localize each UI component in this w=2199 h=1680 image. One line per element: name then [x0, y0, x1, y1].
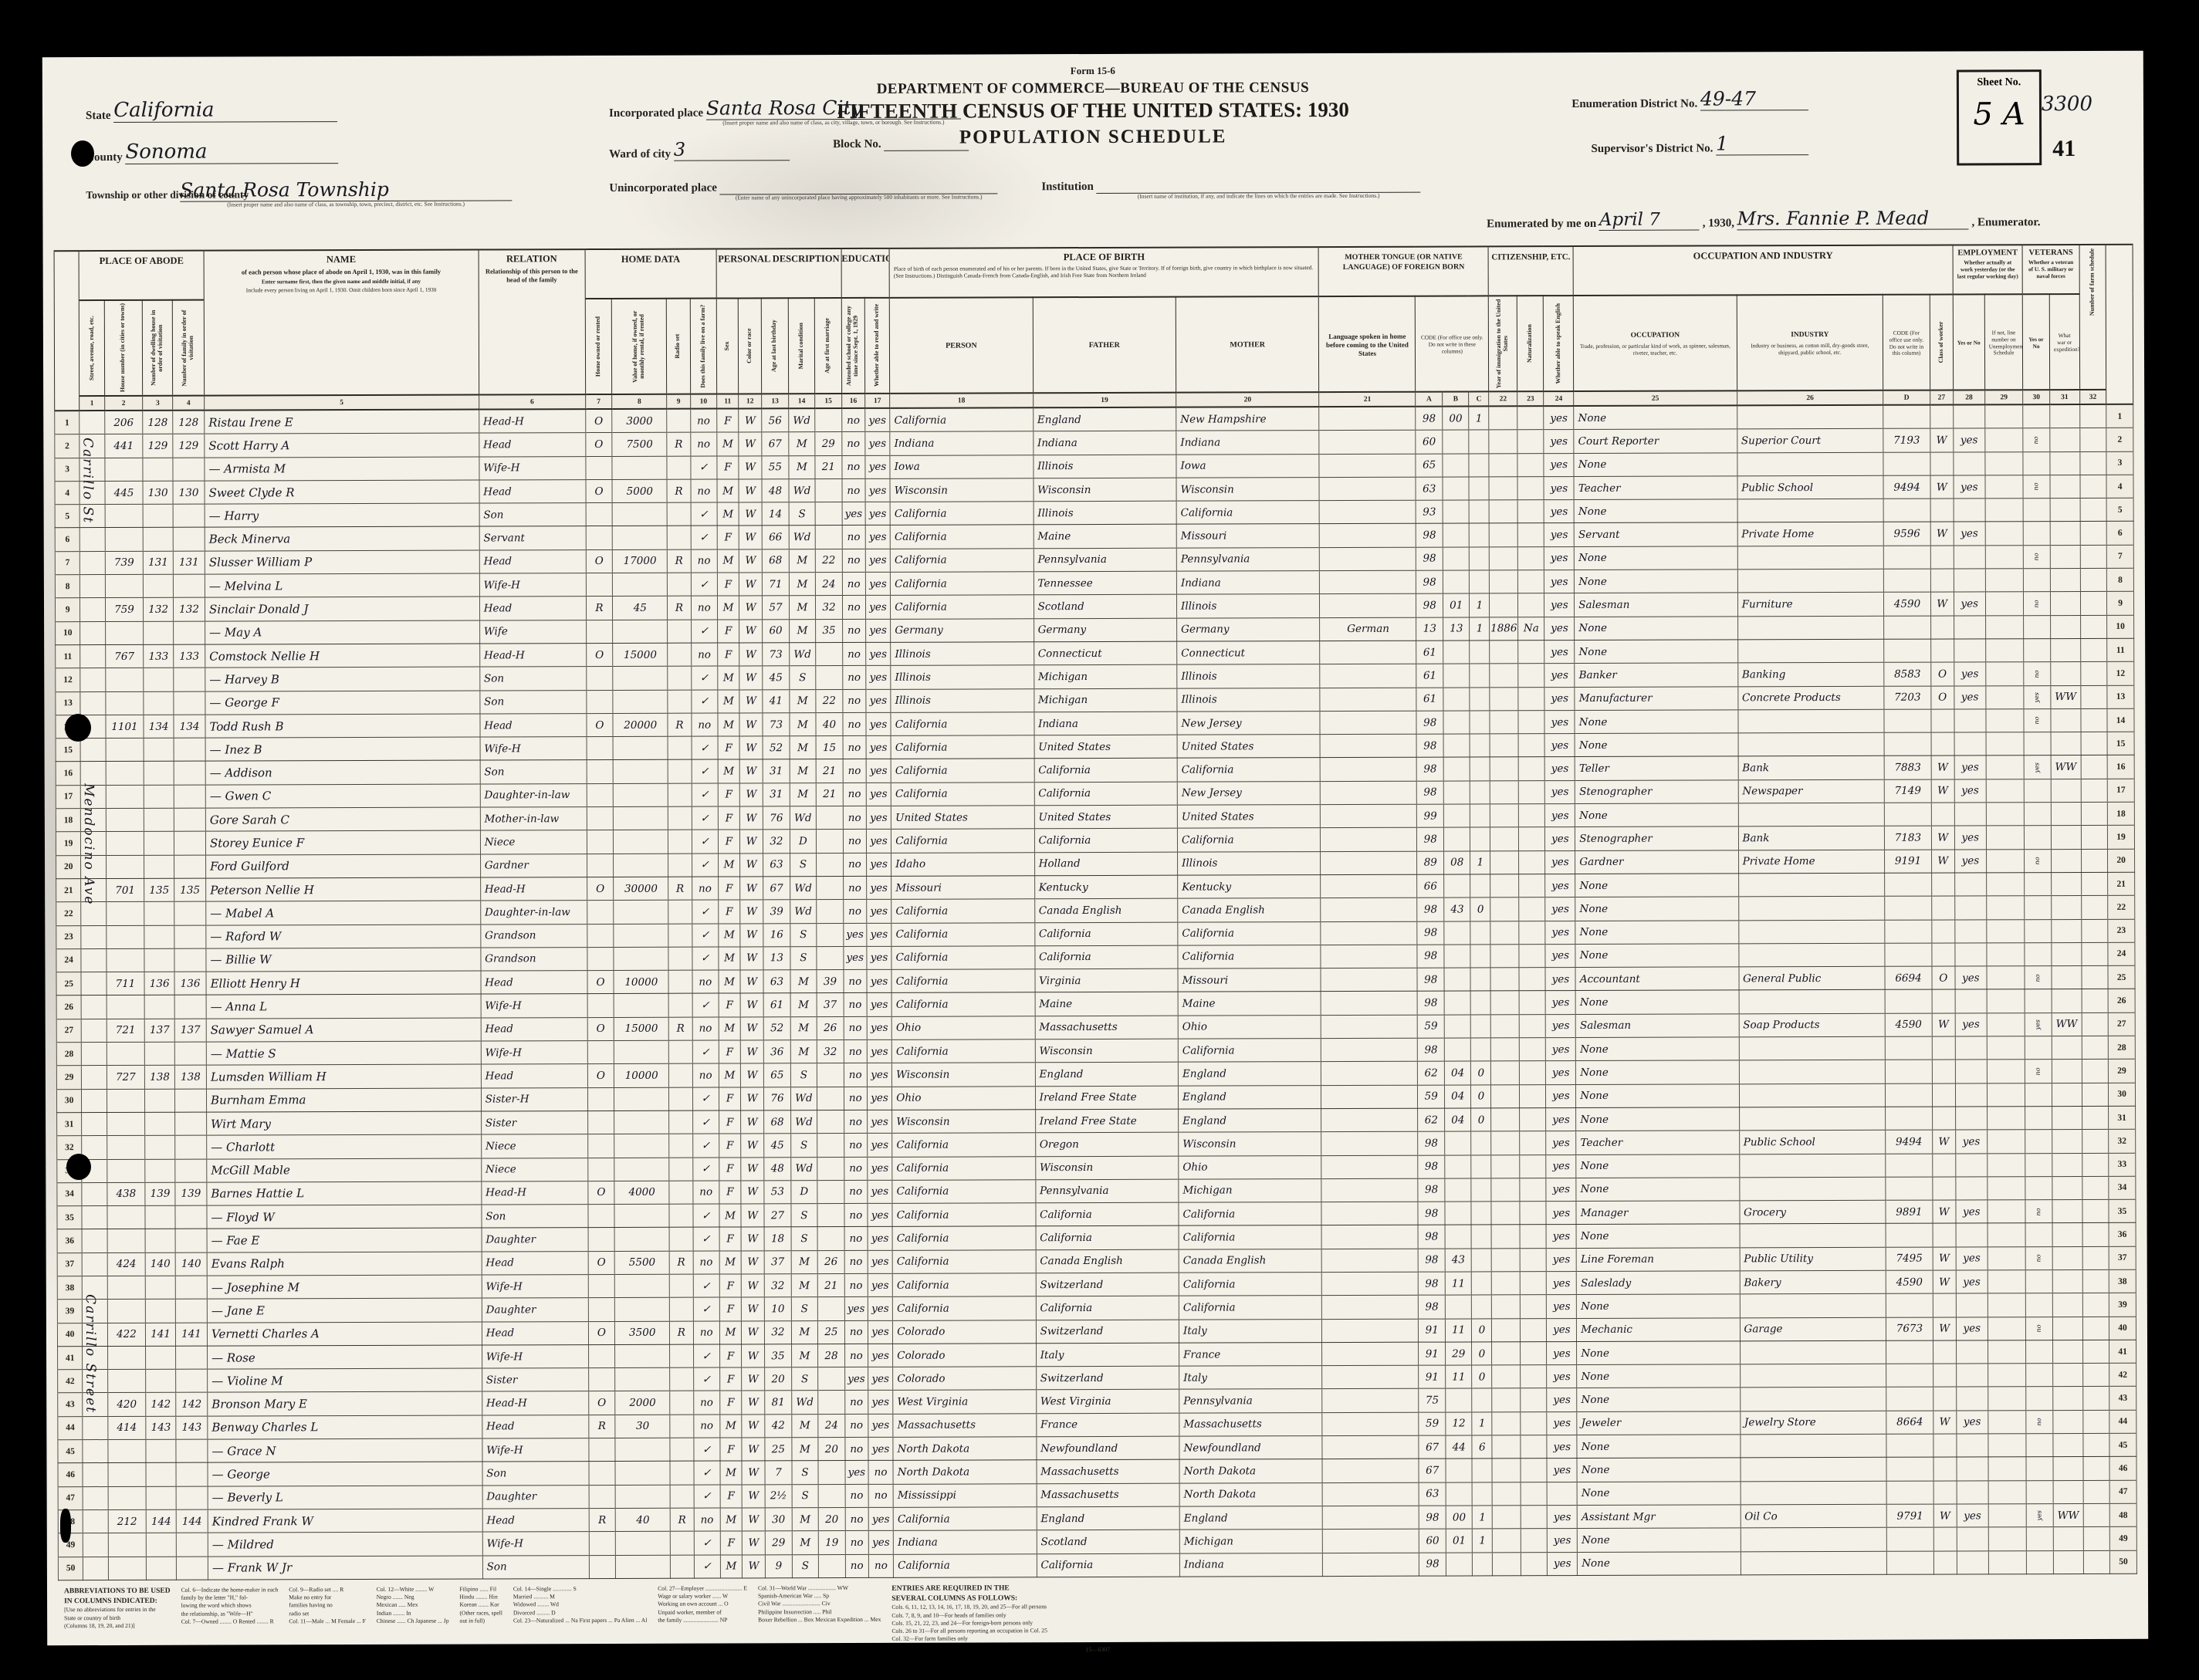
cell-na [1517, 406, 1544, 430]
cell-oc: None [1576, 1060, 1739, 1084]
cell-pm: California [1178, 945, 1321, 968]
cell-fo [2083, 1457, 2110, 1480]
cell-sc: yes [845, 1461, 868, 1484]
cell-st [82, 1089, 107, 1112]
cell-h [107, 1300, 146, 1323]
cell-in: Superior Court [1737, 429, 1883, 453]
cell-st [82, 1066, 107, 1089]
cell-ra: W [739, 479, 762, 502]
cell-sc: no [843, 783, 866, 806]
cell-wk: yes [1956, 1200, 1988, 1223]
line-number: 41 [2109, 1340, 2136, 1363]
cell-am [817, 946, 844, 969]
cell-cc: 1 [1472, 1412, 1492, 1435]
cell-m: S [789, 666, 816, 689]
cell-m: M [790, 759, 817, 783]
cell-pf: Virginia [1035, 968, 1179, 992]
cell-oc: None [1576, 1083, 1739, 1107]
cell-vt: no [2024, 662, 2051, 685]
cell-pb: Indiana [890, 431, 1034, 455]
cell-fm: no [692, 1063, 719, 1087]
group-mother-tongue: MOTHER TONGUE (OR NATIVE LANGUAGE) OF FO… [1319, 246, 1489, 296]
cell-rl: Head [482, 1509, 589, 1533]
cell-r [668, 806, 692, 830]
cell-cw: W [1931, 826, 1954, 849]
cell-im [1492, 1318, 1521, 1341]
cell-pf: Switzerland [1036, 1320, 1179, 1344]
cell-pm: Kentucky [1178, 875, 1321, 899]
cell-wk: yes [1955, 1130, 1987, 1153]
cell-rw: yes [867, 1039, 891, 1063]
cell-st [81, 972, 106, 995]
cell-r [668, 643, 691, 666]
cell-ca: 98 [1419, 1272, 1446, 1295]
cell-pb: California [893, 1507, 1037, 1531]
cell-en: yes [1545, 757, 1575, 780]
cell-wr [2052, 896, 2082, 919]
cell-o [588, 1298, 615, 1321]
cell-h [107, 1112, 145, 1135]
cell-sc: no [845, 1507, 868, 1530]
line-number: 19 [2108, 826, 2135, 849]
cell-f [176, 1369, 208, 1392]
cell-ra: W [739, 783, 763, 806]
cell-fm: ✓ [692, 993, 719, 1016]
cell-f [173, 574, 205, 597]
cell-pb: West Virginia [893, 1390, 1037, 1414]
cell-d: 142 [146, 1393, 176, 1416]
cell-wk: yes [1954, 685, 1986, 708]
cell-wr [2053, 1410, 2083, 1433]
cell-sc: no [842, 573, 865, 596]
cell-nm: Benway Charles L [208, 1415, 482, 1439]
cell-rl: Wife-H [479, 573, 586, 597]
cell-rl: Sister-H [481, 1087, 587, 1111]
cell-ra: W [742, 1438, 765, 1461]
cell-cc: 0 [1471, 1108, 1491, 1131]
cell-cc: 0 [1471, 1061, 1491, 1084]
cell-nm: Sawyer Samuel A [206, 1018, 481, 1042]
cell-lg [1320, 641, 1416, 664]
cell-am [817, 1157, 844, 1180]
cell-h [105, 528, 144, 551]
cell-en: yes [1544, 430, 1574, 453]
cell-sc: no [844, 993, 867, 1016]
cell-am [819, 1554, 846, 1577]
cell-rw: yes [868, 1391, 893, 1414]
cell-fm: ✓ [692, 1087, 719, 1110]
cell-o [586, 503, 613, 526]
cell-lg [1321, 992, 1418, 1016]
cell-st [83, 1300, 107, 1323]
cell-im [1492, 1295, 1521, 1318]
cell-en: yes [1546, 991, 1576, 1014]
cell-am: 19 [818, 1531, 845, 1554]
cell-pm: Missouri [1176, 524, 1320, 548]
rows-body: 1206128128Ristau Irene EHead-HO3000noFW5… [55, 404, 2137, 1580]
cell-st [82, 1019, 107, 1042]
cell-fm: ✓ [691, 502, 718, 526]
cell-rw: yes [866, 666, 891, 689]
cell-cw: O [1930, 662, 1954, 685]
cell-am: 15 [816, 736, 843, 759]
cell-nm: Slusser William P [205, 550, 479, 574]
cell-fo [2082, 1317, 2109, 1340]
cell-rl: Head [479, 433, 586, 457]
cell-ca: 62 [1418, 1108, 1445, 1131]
cell-wk: yes [1956, 1247, 1988, 1270]
cell-ag: 61 [763, 993, 790, 1016]
cell-o [587, 947, 614, 970]
line-number: 22 [2108, 896, 2135, 919]
cell-en: yes [1547, 1365, 1577, 1388]
cell-fm: ✓ [693, 1274, 720, 1297]
cell-fo [2081, 732, 2108, 755]
cell-ag: 52 [763, 1016, 790, 1039]
cell-nm: Sweet Clyde R [205, 480, 479, 504]
cell-oc: None [1576, 1178, 1739, 1202]
group-personal-description: PERSONAL DESCRIPTION [716, 248, 841, 299]
cell-r [669, 1087, 692, 1110]
cell-cd [1884, 569, 1930, 592]
cell-pb: California [891, 922, 1035, 946]
cell-nm: — George [208, 1462, 482, 1486]
cell-f [174, 808, 205, 831]
cell-rl: Grandson [481, 947, 587, 971]
cell-fm: no [690, 409, 717, 433]
cell-ca: 91 [1419, 1365, 1446, 1388]
cell-d: 129 [143, 434, 173, 458]
cell-oc: None [1575, 990, 1738, 1014]
cell-cd: 9596 [1883, 522, 1930, 546]
incorporated-field: Incorporated place Santa Rosa City (Inse… [609, 96, 961, 120]
cell-d [144, 995, 174, 1019]
cell-rl: Daughter [482, 1228, 588, 1252]
block-field: Block No. [833, 138, 969, 152]
cell-fo [2082, 1340, 2109, 1363]
cell-nm: — Fae E [207, 1228, 482, 1252]
cell-d: 139 [145, 1182, 175, 1205]
line-number: 39 [57, 1300, 82, 1323]
cell-h [107, 1346, 146, 1369]
cell-o [589, 1555, 616, 1578]
cell-m: M [789, 573, 816, 596]
line-number: 26 [2108, 989, 2135, 1012]
cell-in: Concrete Products [1737, 686, 1884, 710]
cell-pm: New Jersey [1177, 711, 1321, 735]
cell-am [815, 526, 842, 549]
cell-f [174, 668, 205, 691]
cell-wr [2053, 1527, 2083, 1550]
census-sheet: Form 15-6 DEPARTMENT OF COMMERCE—BUREAU … [42, 51, 2148, 1646]
cell-cc [1471, 1038, 1491, 1061]
cell-h [105, 668, 144, 691]
cell-rl: Mother-in-law [480, 807, 587, 831]
line-number: 38 [57, 1276, 82, 1300]
schedule-title: POPULATION SCHEDULE [959, 126, 1227, 148]
cell-nm: — Harry [205, 503, 479, 527]
cell-st [81, 832, 106, 855]
cell-cd: 7495 [1886, 1247, 1932, 1270]
cell-pm: New Jersey [1177, 781, 1321, 805]
cell-pb: Ohio [891, 1016, 1035, 1039]
scan-mark [60, 1509, 71, 1543]
cell-wr [2053, 1434, 2083, 1457]
cell-ra: W [741, 1087, 764, 1110]
cell-in: Jewelry Store [1740, 1411, 1886, 1435]
cell-wr [2052, 1176, 2082, 1199]
cell-m: Wd [790, 877, 817, 900]
cell-pb: California [891, 1039, 1035, 1063]
cell-ca: 98 [1418, 1178, 1445, 1202]
cell-in [1738, 920, 1885, 944]
cell-un [1986, 896, 2025, 919]
cell-h [106, 691, 144, 715]
cell-ag: 45 [764, 1134, 791, 1157]
cell-fm: ✓ [692, 1204, 719, 1227]
cell-pb: California [890, 502, 1034, 526]
cell-fo [2082, 966, 2109, 989]
unincorporated-field: Unincorporated place (Enter name of any … [609, 181, 997, 195]
cell-st [80, 481, 104, 504]
cell-wr [2050, 569, 2080, 592]
cell-im [1491, 1225, 1520, 1248]
cell-in [1739, 1083, 1886, 1107]
cell-ra: W [741, 1134, 764, 1157]
group-place-of-abode: PLACE OF ABODE [79, 251, 204, 301]
cell-d [146, 1346, 176, 1369]
cell-d [144, 948, 174, 972]
cell-pb: United States [891, 806, 1035, 830]
cell-fo [2081, 802, 2108, 825]
cell-cd [1883, 452, 1930, 475]
cell-f [176, 1486, 208, 1509]
cell-un [1986, 873, 2025, 896]
cell-sx: F [719, 1227, 741, 1250]
line-number: 10 [56, 621, 80, 644]
col-birthplace-person: PERSON [889, 297, 1033, 394]
cell-d [144, 785, 174, 808]
cell-nm: Barnes Hattie L [207, 1181, 482, 1205]
cell-oc: None [1576, 1037, 1739, 1061]
cell-cb: 01 [1446, 1529, 1473, 1552]
cell-vt [2025, 803, 2052, 826]
cell-in [1739, 1107, 1886, 1131]
line-number: 37 [57, 1252, 82, 1276]
cell-ca: 98 [1416, 593, 1443, 617]
col-house-number: House number (in cities or towns) [104, 300, 143, 396]
cell-sc: no [844, 970, 867, 993]
cell-en: yes [1544, 500, 1575, 523]
cell-m: Wd [790, 900, 817, 923]
cell-o [587, 1087, 614, 1110]
cell-m: M [789, 619, 816, 642]
cell-am [818, 1367, 845, 1391]
cell-m: M [790, 783, 817, 806]
cell-rw: no [868, 1484, 893, 1507]
cell-d [144, 901, 174, 925]
cell-im [1490, 827, 1519, 850]
cell-pm: Italy [1179, 1319, 1322, 1343]
cell-am [817, 1087, 844, 1110]
cell-st [80, 528, 105, 551]
cell-en: yes [1546, 1178, 1576, 1201]
cell-cw: W [1930, 592, 1954, 615]
cell-fo [2080, 522, 2107, 545]
cell-rl: Son [482, 1205, 588, 1229]
cell-r: R [668, 877, 692, 900]
cell-na [1520, 1295, 1547, 1318]
cell-d [144, 925, 174, 948]
cell-sc: no [844, 1204, 868, 1227]
line-number: 23 [2108, 919, 2135, 942]
cell-am [818, 1391, 845, 1414]
cell-pm: New Hampshire [1176, 407, 1320, 431]
cell-oc: None [1576, 1224, 1739, 1248]
cell-cw [1933, 1364, 1956, 1387]
cell-v [615, 1438, 670, 1462]
cell-o [587, 690, 614, 713]
cell-rl: Son [482, 1555, 589, 1579]
cell-wr [2051, 826, 2081, 849]
cell-sx: M [718, 713, 739, 736]
cell-fm: ✓ [691, 620, 718, 643]
cell-fm: no [691, 549, 718, 573]
line-number: 15 [2107, 732, 2134, 755]
line-number: 5 [2106, 498, 2133, 521]
cell-wr: WW [2053, 1503, 2083, 1526]
cell-vt [2024, 569, 2051, 592]
cell-r [667, 409, 690, 433]
cell-cw: W [1930, 475, 1954, 499]
cell-cd [1886, 1388, 1933, 1411]
cell-vt [2026, 1457, 2053, 1480]
cell-v [613, 620, 668, 644]
cell-oc: Teller [1575, 756, 1737, 780]
cell-d [145, 1135, 175, 1158]
cell-fm: ✓ [693, 1461, 720, 1484]
cell-v: 40 [615, 1508, 670, 1532]
cell-pf: Pennsylvania [1034, 548, 1177, 572]
cell-pb: Illinois [891, 665, 1034, 689]
cell-lg [1322, 1365, 1419, 1389]
cell-in [1738, 732, 1885, 756]
cell-fo [2080, 662, 2107, 685]
cell-r [671, 1531, 694, 1554]
cell-vt [2025, 919, 2052, 942]
cell-ag: 68 [762, 549, 789, 573]
cell-f [174, 901, 206, 925]
cell-cb: 01 [1443, 593, 1470, 617]
cell-im [1492, 1342, 1521, 1365]
cell-rw: yes [866, 830, 891, 853]
cell-sx: M [719, 1251, 741, 1274]
cell-cc [1472, 1272, 1492, 1295]
cell-nm: — Charlott [207, 1134, 482, 1158]
cell-rl: Head [481, 1017, 587, 1041]
cell-sx: F [719, 1110, 741, 1134]
cell-o [587, 783, 614, 806]
cell-ra: W [742, 1461, 765, 1484]
cell-na [1517, 453, 1544, 476]
cell-un [1988, 1177, 2026, 1200]
footer-block: Col. 9—Radio set .... RMake no entry for… [289, 1586, 366, 1645]
cell-v: 2000 [615, 1391, 670, 1415]
cell-cd [1884, 709, 1930, 732]
cell-pm: Illinois [1177, 688, 1321, 712]
cell-im [1492, 1272, 1521, 1295]
cell-h [106, 925, 144, 948]
cell-cd [1885, 943, 1931, 966]
cell-h [108, 1557, 147, 1580]
cell-im [1491, 1202, 1520, 1225]
cell-pb: Ohio [892, 1086, 1036, 1110]
cell-lg [1319, 407, 1416, 431]
cell-cc [1470, 874, 1490, 897]
line-number: 31 [2109, 1106, 2136, 1129]
cell-am [818, 1461, 845, 1484]
cell-o [586, 620, 613, 643]
cell-wr [2053, 1550, 2083, 1574]
cell-am [817, 853, 844, 876]
cell-pm: Italy [1179, 1366, 1323, 1390]
cell-sc: no [844, 1016, 867, 1039]
cell-f: 137 [174, 1019, 206, 1042]
cell-nm: — Beverly L [208, 1486, 482, 1509]
cell-cb [1445, 1178, 1472, 1202]
cell-vt [2023, 451, 2050, 475]
cell-v [616, 1555, 671, 1579]
cell-rw: yes [868, 1250, 892, 1273]
cell-h: 414 [107, 1416, 146, 1439]
cell-cb [1443, 711, 1470, 734]
col-language: Language spoken in home before coming to… [1319, 296, 1416, 392]
cell-rw: yes [865, 408, 890, 432]
cell-h: 1101 [106, 715, 144, 738]
cell-sc: no [842, 666, 865, 689]
cell-cc [1472, 1388, 1492, 1411]
cell-rw: yes [865, 502, 890, 526]
cell-cd [1886, 1223, 1932, 1246]
cell-ca: 93 [1416, 500, 1443, 523]
cell-vt: yes [2027, 1504, 2054, 1527]
cell-sc: no [843, 830, 866, 853]
cell-rw: yes [867, 993, 891, 1016]
cell-rw: yes [865, 526, 890, 549]
cell-cc [1470, 945, 1490, 968]
cell-m: Wd [789, 479, 816, 502]
cell-cc: 1 [1469, 406, 1489, 430]
cell-en: yes [1544, 664, 1575, 687]
line-number: 15 [56, 739, 80, 762]
line-number: 47 [2109, 1480, 2136, 1503]
cell-cd [1886, 1154, 1932, 1177]
cell-am [817, 900, 844, 923]
cell-cb [1443, 454, 1470, 477]
cell-pm: California [1178, 1039, 1321, 1063]
cell-pm: California [1177, 758, 1321, 782]
col-farm-family: Does this family live on a farm? [690, 299, 717, 394]
cell-am: 28 [818, 1344, 845, 1367]
cell-nm: Peterson Nellie H [206, 877, 481, 901]
cell-pb: California [892, 1249, 1036, 1273]
cell-o [587, 1134, 614, 1158]
cell-f [175, 1112, 207, 1135]
cell-im [1491, 1248, 1520, 1271]
cell-cb: 00 [1446, 1506, 1473, 1529]
cell-na [1519, 897, 1546, 921]
cell-nm: — Frank W Jr [208, 1556, 482, 1580]
